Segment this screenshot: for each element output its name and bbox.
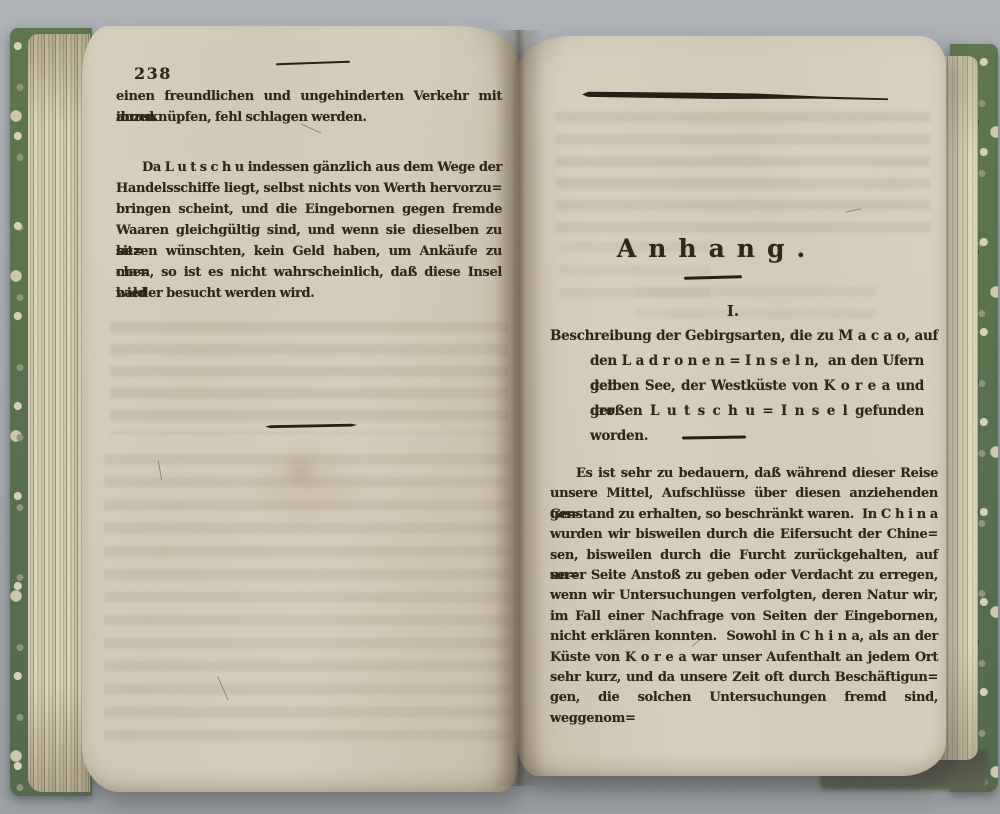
left-page-paragraph-1: einen freundlichen und ungehinderten Ver… [116,86,502,128]
header-rule-left-page [276,61,350,66]
text-line: sehr kurz, und da unsere Zeit oft durch … [550,668,938,688]
text-line: Küste von K o r e a war unser Aufenthalt… [550,648,938,668]
text-line: serer Seite Anstoß zu geben oder Verdach… [550,566,938,586]
text-line: bringen scheint, und die Eingebornen geg… [116,199,502,220]
text-line: sitzen wünschten, kein Geld haben, um An… [116,241,502,262]
page-number: 238 [134,64,172,83]
text-line: Waaren gleichgültig sind, und wenn sie d… [116,220,502,241]
book-photo-scene: 238 einen freundlichen und ungehinderten… [0,0,1000,814]
appendix-heading: Anhang. [524,234,910,263]
text-line: den L a d r o n e n = I n s e l n, an de… [590,349,924,374]
bleed-through-text [104,454,512,750]
text-line: Es ist sehr zu bedauern, daß während die… [550,464,938,484]
bleed-through-text [110,322,508,434]
text-line: sen, bisweilen durch die Furcht zurückge… [550,546,938,566]
rule-under-title [682,435,746,439]
section-divider-rule [582,91,888,103]
text-line: Da L u t s c h u indessen gänzlich aus d… [116,157,502,178]
text-line: gen, die solchen Untersuchungen fremd si… [550,688,938,708]
right-page-body-paragraph: Es ist sehr zu bedauern, daß während die… [550,464,938,709]
text-line: nicht erklären konnten. Sowohl in C h i … [550,627,938,647]
page-edges-left-stack [28,34,90,792]
left-page-paragraph-2: Da L u t s c h u indessen gänzlich aus d… [116,157,502,304]
text-line: wieder besucht werden wird. [116,283,502,304]
text-line: wenn wir Untersuchungen verfolgten, dere… [550,586,938,606]
right-page: Anhang. I. Beschreibung der Gebirgsarten… [516,36,946,776]
text-line: anzuknüpfen, fehl schlagen werden. [116,107,502,128]
section-numeral: I. [540,302,926,320]
section-title: Beschreibung der Gebirgsarten, die zu M … [550,324,938,424]
text-line: Handelsschiffe liegt, selbst nichts von … [116,178,502,199]
rule-under-heading [684,275,742,279]
text-line: Beschreibung der Gebirgsarten, die zu M … [550,324,938,349]
text-line: genstand zu erhalten, so beschränkt ware… [550,505,938,525]
text-line: wurden wir bisweilen durch die Eifersuch… [550,525,938,545]
text-line: unsere Mittel, Aufschlüsse über diesen a… [550,484,938,504]
left-page: 238 einen freundlichen und ungehinderten… [82,26,518,792]
text-line: im Fall einer Nachfrage von Seiten der E… [550,607,938,627]
bleed-through-text [556,112,930,242]
text-line: chen, so ist es nicht wahrscheinlich, da… [116,262,502,283]
text-line: großen L u t s c h u = I n s e l gefunde… [590,399,924,424]
text-line: einen freundlichen und ungehinderten Ver… [116,86,502,107]
text-line: gelben See, der Westküste von K o r e a … [590,374,924,399]
end-of-chapter-rule [265,423,357,429]
